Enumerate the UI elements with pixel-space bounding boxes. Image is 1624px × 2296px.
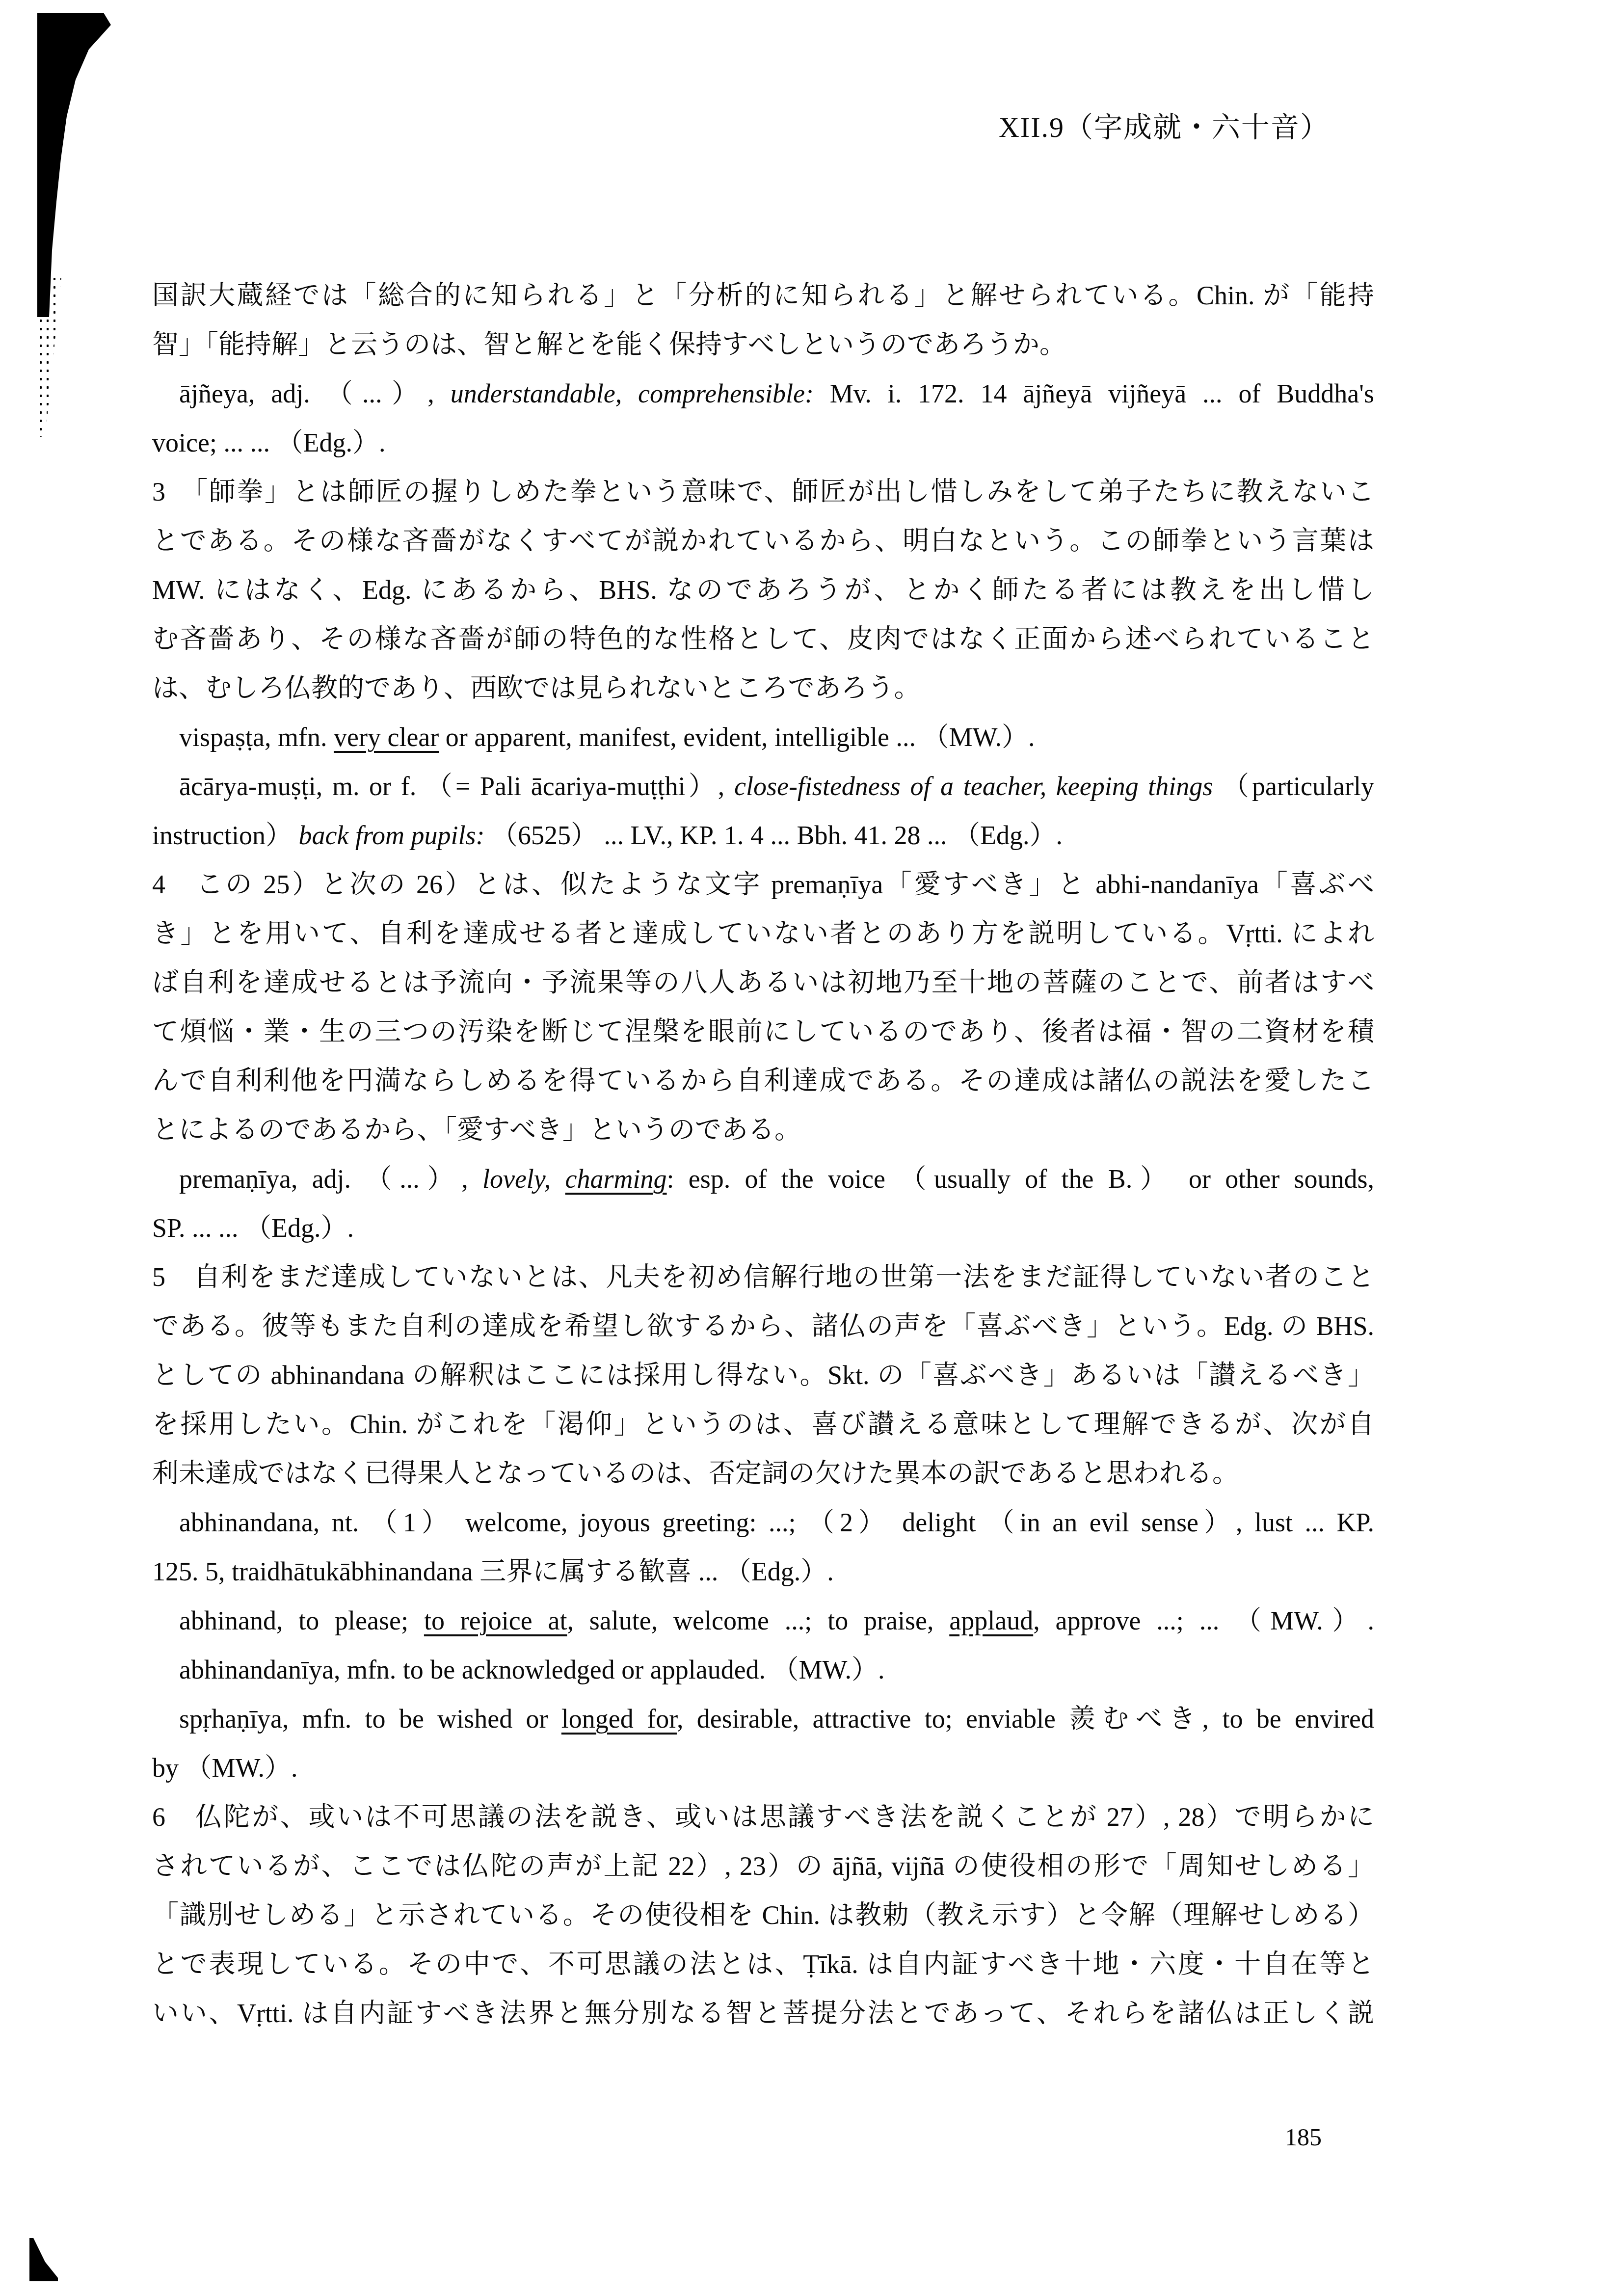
- text-line: む吝嗇あり、その様な吝嗇が師の特色的な性格として、皮肉ではなく正面から述べられて…: [152, 614, 1374, 664]
- text-line: ācārya-muṣṭi, m. or f. （= Pali ācariya-m…: [152, 762, 1374, 811]
- text-line: て煩悩・業・生の三つの汚染を断じて涅槃を眼前にしているのであり、後者は福・智の二…: [152, 1007, 1374, 1056]
- text-segment: とによるのであるから、「愛すべき」というのである。: [152, 1115, 801, 1145]
- text-segment: applaud: [949, 1606, 1033, 1635]
- text-segment: いい、Vṛtti. は自内証すべき法界と無分別なる智と菩提分法とであって、それら…: [152, 1999, 1374, 2028]
- text-line: 3 「師拳」とは師匠の握りしめた拳という意味で、師匠が出し惜しみをして弟子たちに…: [152, 467, 1374, 516]
- text-line: voice; ... ... （Edg.）.: [152, 418, 1374, 467]
- text-segment: abhinandana, nt. （1） welcome, joyous gre…: [179, 1508, 1374, 1537]
- text-segment: to rejoice at: [424, 1606, 567, 1635]
- text-line: とである。その様な吝嗇がなくすべてが説かれているから、明白なという。この師拳とい…: [152, 516, 1374, 565]
- text-segment: き」とを用いて、自利を達成せる者と達成していない者とのあり方を説明している。Vṛ…: [152, 919, 1374, 948]
- text-segment: んで自利利他を円満ならしめるを得ているから自利達成である。その達成は諸仏の説法を…: [152, 1066, 1374, 1095]
- text-segment: て煩悩・業・生の三つの汚染を断じて涅槃を眼前にしているのであり、後者は福・智の二…: [152, 1017, 1374, 1046]
- text-line: んで自利利他を円満ならしめるを得ているから自利達成である。その達成は諸仏の説法を…: [152, 1056, 1374, 1105]
- text-line: instruction） back from pupils: （6525） ..…: [152, 811, 1374, 860]
- text-segment: む吝嗇あり、その様な吝嗇が師の特色的な性格として、皮肉ではなく正面から述べられて…: [152, 624, 1374, 654]
- text-segment: understandable, comprehensible:: [451, 379, 814, 408]
- text-segment: Mv. i. 172. 14 ājñeyā vijñeyā ... of Bud…: [814, 379, 1374, 408]
- text-segment: である。彼等もまた自利の達成を希望し欲するから、諸仏の声を「喜ぶべき」という。E…: [152, 1311, 1374, 1341]
- text-segment: vispaṣṭa, mfn.: [179, 722, 334, 752]
- page-number: 185: [1285, 2123, 1322, 2151]
- text-segment: 125. 5, traidhātukābhinandana 三界に属する歓喜 .…: [152, 1557, 834, 1586]
- text-segment: instruction）: [152, 821, 298, 850]
- text-line: されているが、ここでは仏陀の声が上記 22）, 23）の ājñā, vijñā…: [152, 1842, 1374, 1891]
- text-segment: SP. ... ... （Edg.）.: [152, 1213, 354, 1243]
- text-line: 125. 5, traidhātukābhinandana 三界に属する歓喜 .…: [152, 1547, 1374, 1596]
- text-line: である。彼等もまた自利の達成を希望し欲するから、諸仏の声を「喜ぶべき」という。E…: [152, 1302, 1374, 1351]
- text-segment: （6525） ... LV., KP. 1. 4 ... Bbh. 41. 28…: [484, 821, 1063, 850]
- text-segment: （particularly: [1213, 772, 1374, 801]
- text-body: 国訳大蔵経では「総合的に知られる」と「分析的に知られる」と解せられている。Chi…: [152, 271, 1374, 2038]
- text-segment: とで表現している。その中で、不可思議の法とは、Ṭīkā. は自内証すべき十地・六…: [152, 1949, 1374, 1979]
- text-segment: close-fistedness of a teacher, keeping t…: [734, 772, 1213, 801]
- text-line: vispaṣṭa, mfn. very clear or apparent, m…: [152, 713, 1374, 762]
- text-segment: abhinandanīya, mfn. to be acknowledged o…: [179, 1655, 885, 1684]
- text-line: とによるのであるから、「愛すべき」というのである。: [152, 1105, 1374, 1154]
- text-segment: 「識別せしめる」と示されている。その使役相を Chin. は教勅（教え示す）と令…: [152, 1900, 1374, 1930]
- text-segment: ācārya-muṣṭi, m. or f. （= Pali ācariya-m…: [179, 772, 734, 801]
- text-segment: 6 仏陀が、或いは不可思議の法を説き、或いは思議すべき法を説くことが 27）, …: [152, 1802, 1374, 1832]
- text-line: 5 自利をまだ達成していないとは、凡夫を初め信解行地の世第一法をまだ証得していな…: [152, 1253, 1374, 1302]
- text-segment: ば自利を達成せるとは予流向・予流果等の八人あるいは初地乃至十地の菩薩のことで、前…: [152, 968, 1374, 997]
- text-segment: by （MW.）.: [152, 1753, 298, 1783]
- text-segment: は、むしろ仏教的であり、西欧では見られないところであろう。: [152, 673, 920, 703]
- text-line: き」とを用いて、自利を達成せる者と達成していない者とのあり方を説明している。Vṛ…: [152, 909, 1374, 958]
- text-segment: very clear: [334, 722, 439, 752]
- text-segment: 国訳大蔵経では「総合的に知られる」と「分析的に知られる」と解せられている。Chi…: [152, 281, 1374, 310]
- text-segment: , desirable, attractive to; enviable 羨むべ…: [677, 1704, 1374, 1734]
- text-line: abhinand, to please; to rejoice at, salu…: [152, 1596, 1374, 1645]
- text-line: を採用したい。Chin. がこれを「渇仰」というのは、喜び讃える意味として理解で…: [152, 1400, 1374, 1449]
- text-line: 「識別せしめる」と示されている。その使役相を Chin. は教勅（教え示す）と令…: [152, 1891, 1374, 1940]
- text-line: SP. ... ... （Edg.）.: [152, 1203, 1374, 1253]
- text-line: 利未達成ではなく已得果人となっているのは、否定詞の欠けた異本の訳であると思われる…: [152, 1449, 1374, 1498]
- text-line: は、むしろ仏教的であり、西欧では見られないところであろう。: [152, 664, 1374, 713]
- text-segment: としての abhinandana の解釈はここには採用し得ない。Skt. の「喜…: [152, 1361, 1374, 1390]
- text-segment: 5 自利をまだ達成していないとは、凡夫を初め信解行地の世第一法をまだ証得していな…: [152, 1262, 1374, 1292]
- text-segment: 4 この 25）と次の 26）とは、似たような文字 premaṇīya「愛すべき…: [152, 870, 1374, 899]
- text-segment: lovely,: [482, 1164, 565, 1194]
- text-line: spṛhaṇīya, mfn. to be wished or longed f…: [152, 1694, 1374, 1743]
- text-segment: back from pupils:: [298, 821, 484, 850]
- text-line: by （MW.）.: [152, 1743, 1374, 1792]
- text-line: ājñeya, adj. （...）, understandable, comp…: [152, 369, 1374, 418]
- text-segment: premaṇīya, adj. （...）,: [179, 1164, 482, 1194]
- text-segment: とである。その様な吝嗇がなくすべてが説かれているから、明白なという。この師拳とい…: [152, 526, 1374, 556]
- text-segment: , approve ...; ... （MW.）.: [1033, 1606, 1374, 1635]
- text-segment: : esp. of the voice （usually of the B.） …: [667, 1164, 1374, 1194]
- scanned-page: XII.9（字成就・六十音） 国訳大蔵経では「総合的に知られる」と「分析的に知ら…: [0, 0, 1624, 2296]
- text-segment: longed for: [561, 1704, 677, 1734]
- text-segment: 利未達成ではなく已得果人となっているのは、否定詞の欠けた異本の訳であると思われる…: [152, 1459, 1239, 1488]
- text-segment: 智」「能持解」と云うのは、智と解とを能く保持すべしというのであろうか。: [152, 330, 1066, 359]
- text-line: 6 仏陀が、或いは不可思議の法を説き、或いは思議すべき法を説くことが 27）, …: [152, 1792, 1374, 1842]
- text-segment: を採用したい。Chin. がこれを「渇仰」というのは、喜び讃える意味として理解で…: [152, 1410, 1374, 1439]
- text-line: MW. にはなく、Edg. にあるから、BHS. なのであろうが、とかく師たる者…: [152, 565, 1374, 614]
- text-segment: MW. にはなく、Edg. にあるから、BHS. なのであろうが、とかく師たる者…: [152, 575, 1374, 605]
- page-header: XII.9（字成就・六十音）: [999, 104, 1330, 145]
- text-segment: spṛhaṇīya, mfn. to be wished or: [179, 1704, 561, 1734]
- text-line: abhinandanīya, mfn. to be acknowledged o…: [152, 1645, 1374, 1694]
- text-line: abhinandana, nt. （1） welcome, joyous gre…: [152, 1498, 1374, 1547]
- scan-artifact-top-left-speckle: [37, 275, 81, 437]
- text-segment: voice; ... ... （Edg.）.: [152, 428, 385, 457]
- text-line: いい、Vṛtti. は自内証すべき法界と無分別なる智と菩提分法とであって、それら…: [152, 1989, 1374, 2038]
- text-line: としての abhinandana の解釈はここには採用し得ない。Skt. の「喜…: [152, 1351, 1374, 1400]
- text-line: 4 この 25）と次の 26）とは、似たような文字 premaṇīya「愛すべき…: [152, 860, 1374, 909]
- text-segment: charming: [565, 1164, 667, 1194]
- text-line: 国訳大蔵経では「総合的に知られる」と「分析的に知られる」と解せられている。Chi…: [152, 271, 1374, 320]
- text-line: 智」「能持解」と云うのは、智と解とを能く保持すべしというのであろうか。: [152, 320, 1374, 369]
- text-line: とで表現している。その中で、不可思議の法とは、Ṭīkā. は自内証すべき十地・六…: [152, 1940, 1374, 1989]
- text-segment: 3 「師拳」とは師匠の握りしめた拳という意味で、師匠が出し惜しみをして弟子たちに…: [152, 477, 1374, 507]
- text-segment: abhinand, to please;: [179, 1606, 424, 1635]
- text-segment: , salute, welcome ...; to praise,: [567, 1606, 949, 1635]
- scan-artifact-top-left: [37, 13, 111, 317]
- text-segment: ājñeya, adj. （...）,: [179, 379, 451, 408]
- text-segment: or apparent, manifest, evident, intellig…: [439, 722, 1035, 752]
- scan-artifact-bottom-left: [29, 2238, 58, 2281]
- text-line: ば自利を達成せるとは予流向・予流果等の八人あるいは初地乃至十地の菩薩のことで、前…: [152, 958, 1374, 1007]
- text-segment: されているが、ここでは仏陀の声が上記 22）, 23）の ājñā, vijñā…: [152, 1851, 1374, 1881]
- text-line: premaṇīya, adj. （...）, lovely, charming:…: [152, 1154, 1374, 1203]
